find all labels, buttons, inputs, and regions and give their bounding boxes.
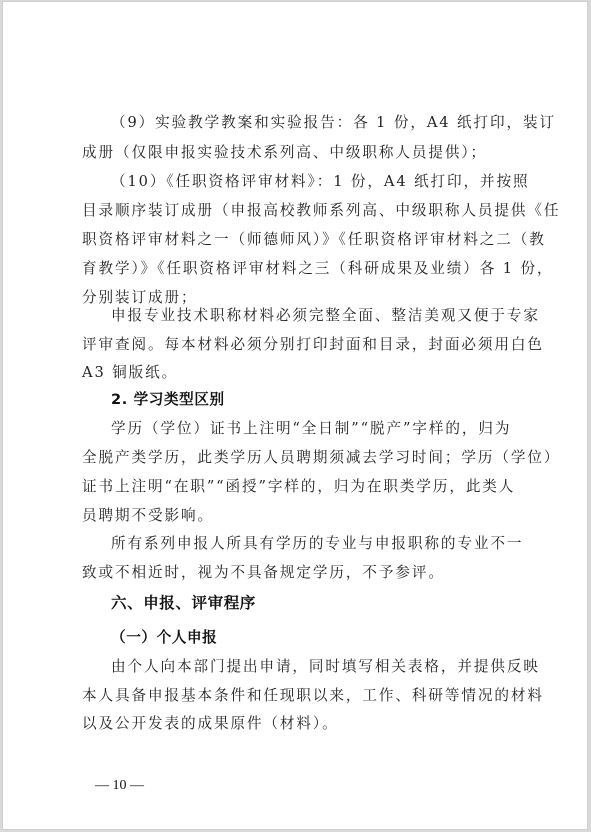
study-type-1-line-2: 全脱产类学历，此类学历人员聘期须减去学习时间；学历（学位） bbox=[82, 449, 522, 467]
heading-personal-application: （一）个人申报 bbox=[111, 629, 551, 647]
requirements-line-1: 申报专业技术职称材料必须完整全面、整洁美观又便于专家 bbox=[111, 307, 551, 325]
document-page: （9）实验教学教案和实验报告：各 1 份，A4 纸打印，装订 成册（仅限申报实验… bbox=[2, 1, 588, 830]
study-type-1-line-1: 学历（学位）证书上注明“全日制”“脱产”字样的，归为 bbox=[111, 420, 551, 438]
study-type-2-line-2: 致或不相近时，视为不具备规定学历，不予参评。 bbox=[82, 564, 522, 582]
item-10-line-1: （10）《任职资格评审材料》：1 份，A4 纸打印，并按照 bbox=[111, 173, 551, 191]
item-10-line-4: 育教学）》《任职资格评审材料之三（科研成果及业绩）各 1 份， bbox=[82, 260, 522, 278]
study-type-2-line-1: 所有系列申报人所具有学历的专业与申报职称的专业不一 bbox=[111, 535, 551, 553]
personal-line-3: 以及公开发表的成果原件（材料）。 bbox=[82, 715, 522, 733]
item-9-line-2: 成册（仅限申报实验技术系列高、中级职称人员提供）； bbox=[82, 144, 522, 162]
item-9-line-1: （9）实验教学教案和实验报告：各 1 份，A4 纸打印，装订 bbox=[111, 114, 551, 132]
study-type-1-line-3: 证书上注明“在职”“函授”字样的，归为在职类学历，此类人 bbox=[82, 478, 522, 496]
study-type-1-line-4: 员聘期不受影响。 bbox=[82, 507, 522, 525]
personal-line-1: 由个人向本部门提出申请，同时填写相关表格，并提供反映 bbox=[111, 658, 551, 676]
item-10-line-3: 职资格评审材料之一（师德师风）》《任职资格评审材料之二（教 bbox=[82, 231, 522, 249]
heading-study-type: 2. 学习类型区别 bbox=[111, 391, 551, 409]
requirements-line-2: 评审查阅。每本材料必须分别打印封面和目录，封面必须用白色 bbox=[82, 336, 522, 354]
requirements-line-3: A3 铜版纸。 bbox=[82, 364, 522, 382]
personal-line-2: 本人具备申报基本条件和任现职以来，工作、科研等情况的材料 bbox=[82, 687, 522, 705]
item-10-line-5: 分别装订成册； bbox=[82, 289, 522, 307]
item-10-line-2: 目录顺序装订成册（申报高校教师系列高、中级职称人员提供《任 bbox=[82, 202, 522, 220]
page-number: — 10 — bbox=[95, 778, 144, 794]
heading-section-6: 六、申报、评审程序 bbox=[111, 594, 551, 612]
